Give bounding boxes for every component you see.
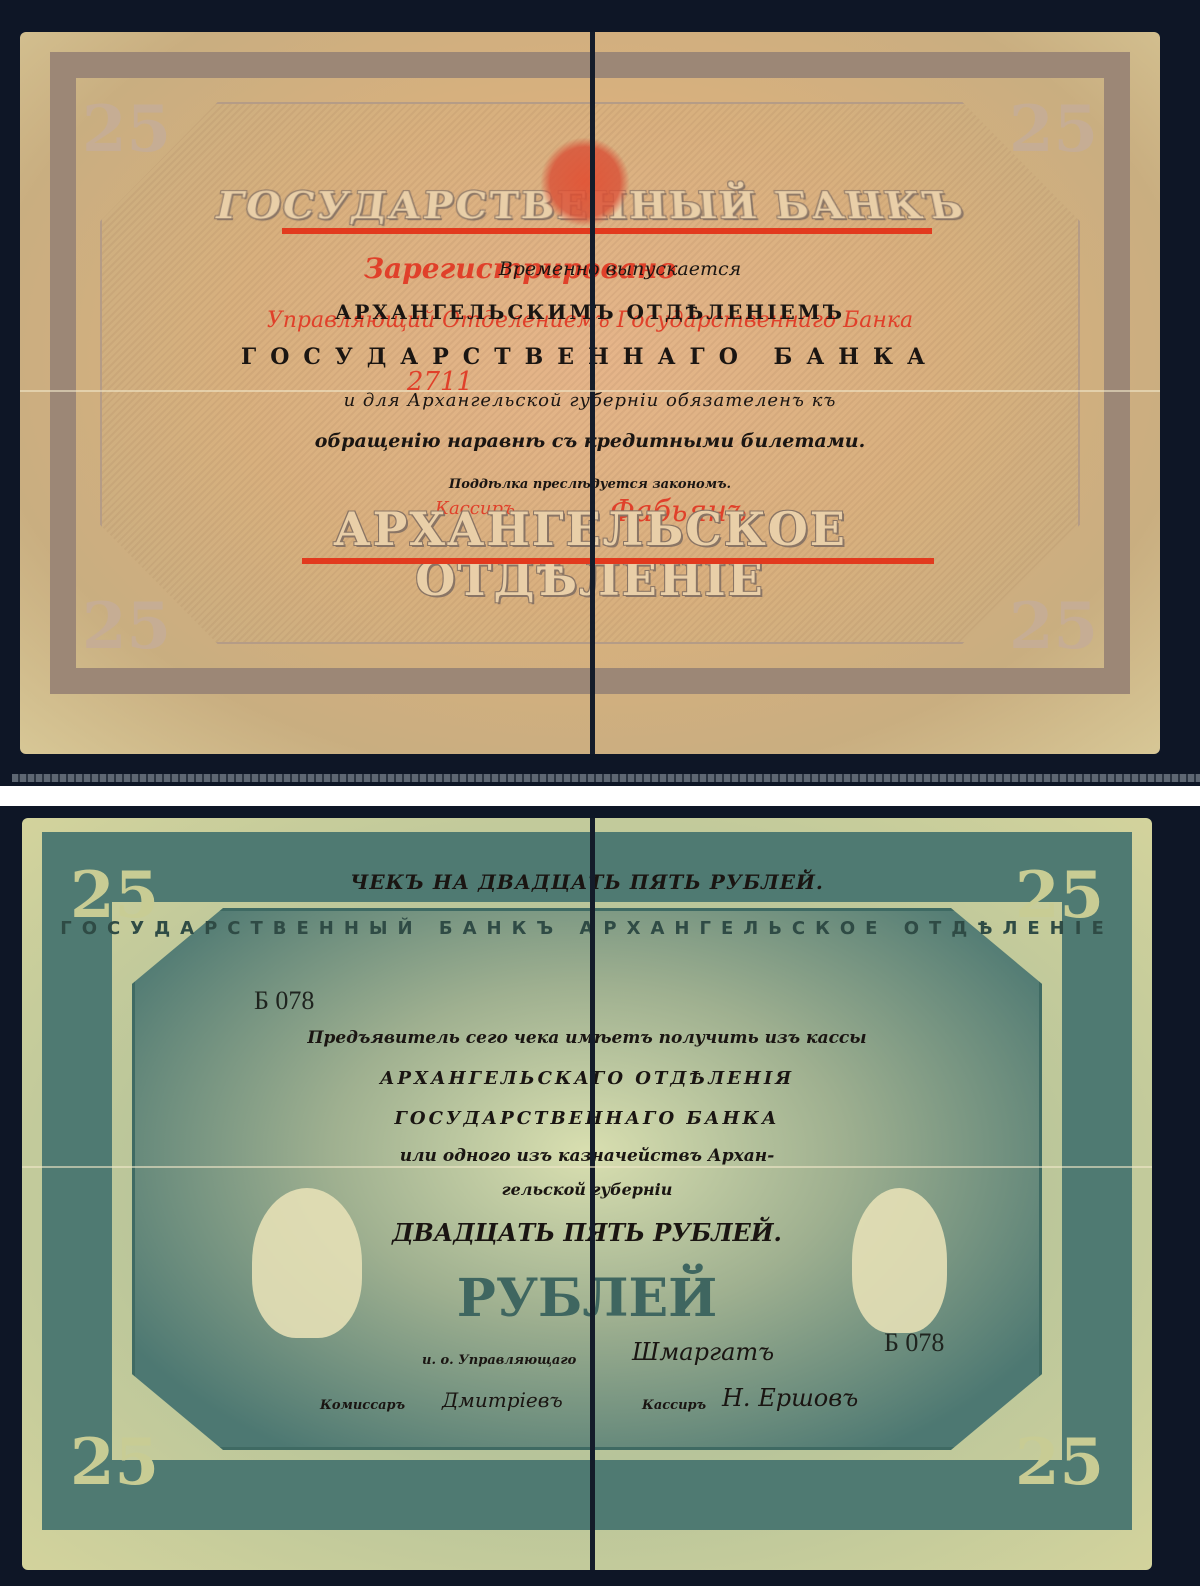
text-treasuries: или одного изъ казначействъ Архан- (22, 1146, 1152, 1166)
text-temporarily-issued: Временно выпускается (80, 258, 1160, 280)
scanner-ruler (12, 774, 1200, 782)
banknote-front: 25 25 25 25 ГОСУДАРСТВЕННЫЙ БАНКЪ Зареги… (20, 32, 1160, 754)
header-check-25-rubles: ЧЕКЪ НА ДВАДЦАТЬ ПЯТЬ РУБЛЕЙ. (22, 870, 1152, 894)
eagle-stamp-icon (540, 137, 630, 227)
red-overprint-line-top (282, 228, 932, 234)
cashier-signature: Н. Ершовъ (722, 1384, 858, 1412)
text-arkhangelsk-branch: АРХАНГЕЛЬСКАГО ОТДѢЛЕНIЯ (22, 1068, 1152, 1089)
tear-vertical (590, 818, 595, 1570)
text-bearer: Предъявитель сего чека имѣетъ получить и… (22, 1028, 1152, 1048)
corner-value-top-left: 25 (82, 92, 171, 167)
text-twenty-five-rubles: ДВАДЦАТЬ ПЯТЬ РУБЛЕЙ. (22, 1218, 1152, 1247)
ribbon-bank-name: ГОСУДАРСТВЕННЫЙ БАНКЪ АРХАНГЕЛЬСКОЕ ОТДѢ… (22, 918, 1152, 939)
manager-signature: Шмаргатъ (632, 1338, 774, 1366)
tear-vertical (590, 32, 595, 754)
serial-number-top: Б 078 (254, 986, 314, 1016)
corner-value-bottom-right: 25 (1015, 1425, 1104, 1500)
fold-horizontal (20, 390, 1160, 392)
commissar-label: Комиссаръ (320, 1398, 405, 1413)
text-province: гельской губернiи (22, 1180, 1152, 1199)
text-state-bank: ГОСУДАРСТВЕННАГО БАНКА (22, 1108, 1152, 1129)
banknote-back: 25 25 25 25 ЧЕКЪ НА ДВАДЦАТЬ ПЯТЬ РУБЛЕЙ… (22, 818, 1152, 1570)
banknote-front-scan: 25 25 25 25 ГОСУДАРСТВЕННЫЙ БАНКЪ Зареги… (0, 0, 1200, 786)
corner-value-bottom-left: 25 (70, 1425, 159, 1500)
serial-number-bottom: Б 078 (884, 1328, 944, 1358)
denomination-rubles: РУБЛЕЙ (22, 1268, 1152, 1329)
manager-label: и. о. Управляющаго (422, 1353, 576, 1368)
commissar-signature: Дмитрiевъ (442, 1388, 563, 1412)
banknote-back-scan: 25 25 25 25 ЧЕКЪ НА ДВАДЦАТЬ ПЯТЬ РУБЛЕЙ… (0, 806, 1200, 1586)
cashier-label: Кассиръ (642, 1398, 706, 1413)
red-overprint-line-bottom (302, 558, 934, 564)
fold-horizontal (22, 1166, 1152, 1168)
corner-value-top-right: 25 (1009, 92, 1098, 167)
